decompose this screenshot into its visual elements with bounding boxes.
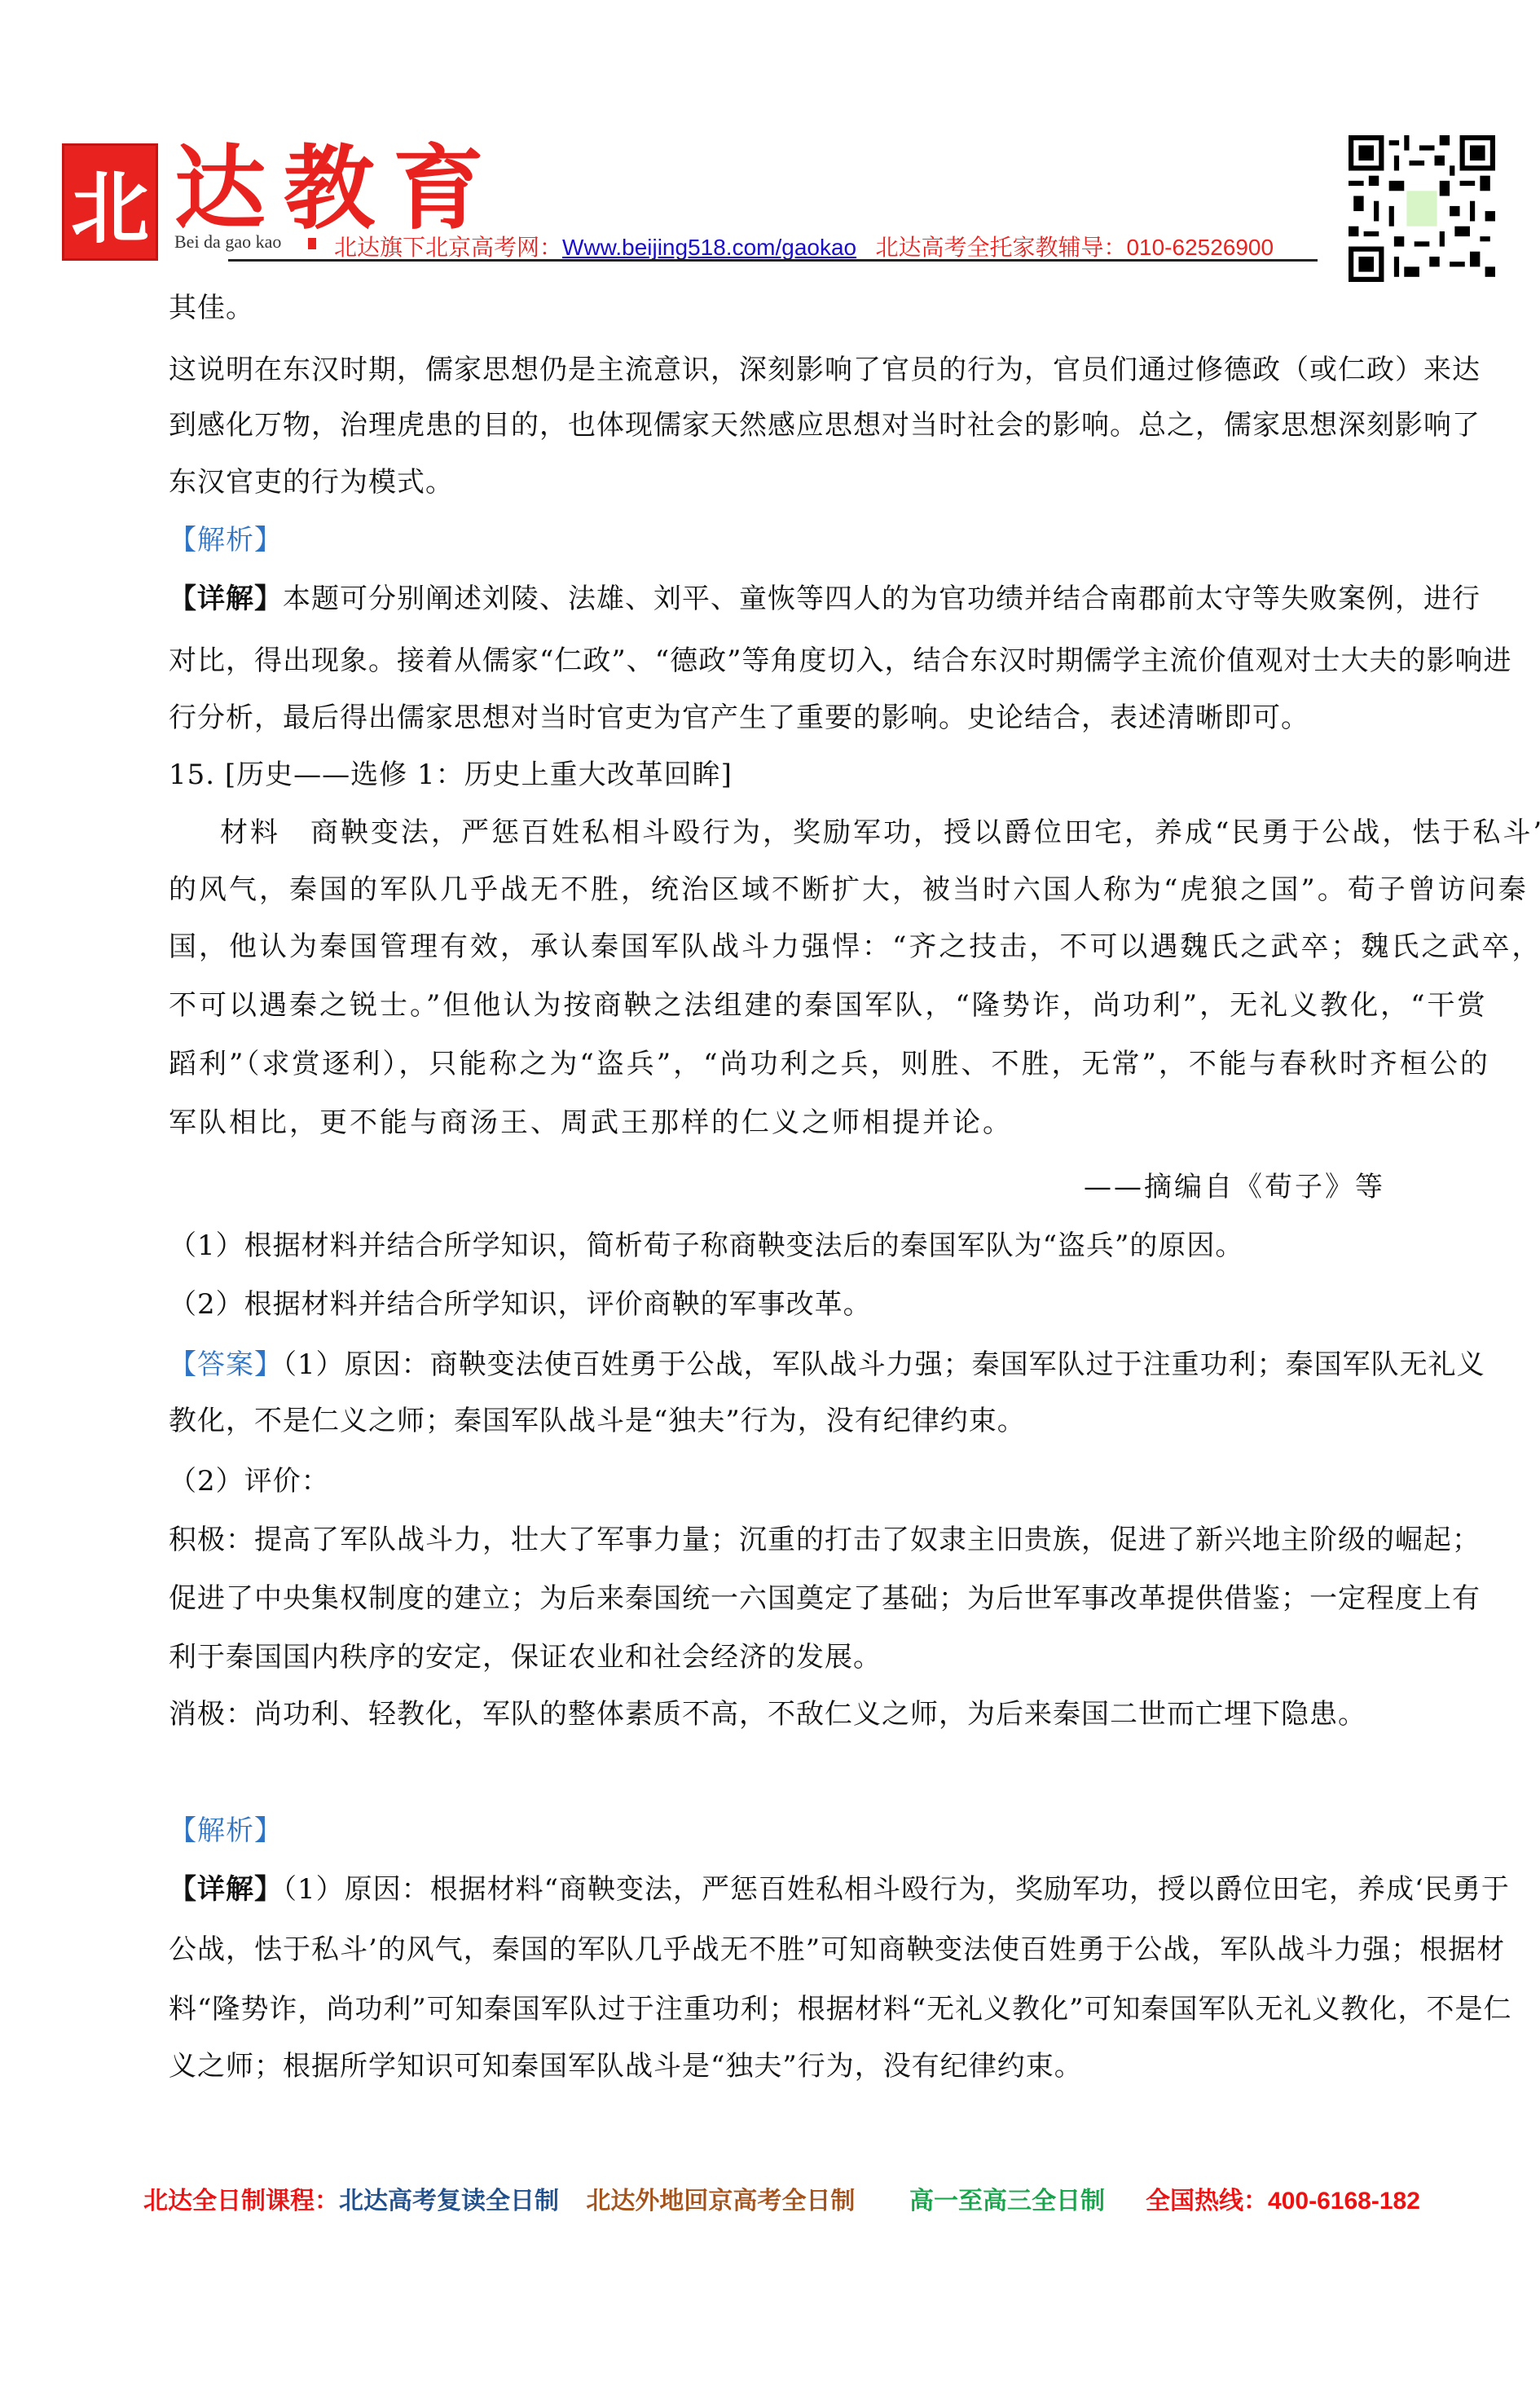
answer-line: 利于秦国国内秩序的安定，保证农业和社会经济的发展。 xyxy=(169,1641,882,1674)
detail-line: 义之师；根据所学知识可知秦国军队战斗是“独夫”行为，没有纪律约束。 xyxy=(169,2050,1083,2083)
detail-line: 行分析，最后得出儒家思想对当时官吏为官产生了重要的影响。史论结合，表述清晰即可。 xyxy=(169,702,1309,734)
question-item: （1）根据材料并结合所学知识，简析荀子称商鞅变法后的秦国军队为“盗兵”的原因。 xyxy=(169,1229,1243,1262)
answer-line: 促进了中央集权制度的建立；为后来秦国统一六国奠定了基础；为后世军事改革提供借鉴；… xyxy=(169,1582,1481,1615)
analysis-tag: 【解析】 xyxy=(169,524,283,556)
detail-line: 【详解】本题可分别阐述刘陵、法雄、刘平、童恢等四人的为官功绩并结合南郡前太守等失… xyxy=(169,583,1481,615)
body-line: 其佳。 xyxy=(169,292,254,324)
qr-code-icon xyxy=(1349,135,1495,282)
answer-line: 积极：提高了军队战斗力，壮大了军事力量；沉重的打击了奴隶主旧贵族，促进了新兴地主… xyxy=(169,1524,1481,1556)
footer-course-2: 北达外地回京高考全日制 xyxy=(586,2188,855,2215)
material-line: 国，他认为秦国管理有效，承认秦国军队战斗力强悍：“齐之技击，不可以遇魏氏之武卒；… xyxy=(169,930,1540,963)
tutoring-label: 北达高考全托家教辅导：010-62526900 xyxy=(875,235,1274,260)
site-link[interactable]: Www.beijing518.com/gaokao xyxy=(562,235,856,260)
logo-text: 达教育 xyxy=(174,143,502,235)
site-label: 北达旗下北京高考网： xyxy=(334,235,562,260)
material-line: 材料 商鞅变法，严惩百姓私相斗殴行为，奖励军功，授以爵位田宅，养成“民勇于公战，… xyxy=(220,816,1540,849)
detail-tag: 【详解】 xyxy=(169,1873,283,1906)
detail-line: 料“隆势诈，尚功利”可知秦国军队过于注重功利；根据材料“无礼义教化”可知秦国军队… xyxy=(169,1993,1512,2026)
detail-line: 【详解】（1）原因：根据材料“商鞅变法，严惩百姓私相斗殴行为，奖励军功，授以爵位… xyxy=(169,1873,1510,1906)
detail-tag: 【详解】 xyxy=(169,583,283,615)
question-item: （2）根据材料并结合所学知识，评价商鞅的军事改革。 xyxy=(169,1288,872,1321)
logo-mark: 北 xyxy=(62,143,158,261)
answer-line: 【答案】（1）原因：商鞅变法使百姓勇于公战，军队战斗力强；秦国军队过于注重功利；… xyxy=(169,1348,1485,1381)
footer-hotline: 全国热线：400-6168-182 xyxy=(1146,2188,1420,2215)
footer-course-3: 高一至高三全日制 xyxy=(909,2188,1105,2215)
footer: 北达全日制课程：北达高考复读全日制 北达外地回京高考全日制 高一至高三全日制 全… xyxy=(143,2180,1420,2216)
analysis-tag: 【解析】 xyxy=(169,1814,283,1847)
footer-course-1: 北达高考复读全日制 xyxy=(339,2188,559,2215)
header-divider xyxy=(228,259,1318,262)
material-line: 的风气，秦国的军队几乎战无不胜，统治区域不断扩大，被当时六国人称为“虎狼之国”。… xyxy=(169,873,1529,906)
answer-tag: 【答案】 xyxy=(169,1348,283,1381)
question-title: 15. [历史——选修 1：历史上重大改革回眸] xyxy=(169,759,733,791)
body-line: 到感化万物，治理虎患的目的，也体现儒家天然感应思想对当时社会的影响。总之，儒家思… xyxy=(169,409,1481,442)
body-line: 这说明在东汉时期，儒家思想仍是主流意识，深刻影响了官员的行为，官员们通过修德政（… xyxy=(169,354,1481,386)
detail-line: 对比，得出现象。接着从儒家“仁政”、“德政”等角度切入，结合东汉时期儒学主流价值… xyxy=(169,644,1512,677)
answer-line: （2）评价： xyxy=(169,1465,330,1498)
material-line: 蹈利”（求赏逐利），只能称之为“盗兵”，“尚功利之兵，则胜、不胜，无常”，不能与… xyxy=(169,1048,1490,1080)
material-source: ——摘编自《荀子》等 xyxy=(1084,1171,1385,1203)
footer-label: 北达全日制课程： xyxy=(143,2188,339,2215)
answer-line: 教化，不是仁义之师；秦国军队战斗是“独夫”行为，没有纪律约束。 xyxy=(169,1405,1026,1437)
material-line: 军队相比，更不能与商汤王、周武王那样的仁义之师相提并论。 xyxy=(169,1106,1013,1139)
answer-line: 消极：尚功利、轻教化，军队的整体素质不高，不敌仁义之师，为后来秦国二世而亡埋下隐… xyxy=(169,1698,1366,1731)
body-line: 东汉官吏的行为模式。 xyxy=(169,466,454,499)
logo-pinyin: Bei da gao kao xyxy=(174,231,281,253)
detail-line: 公战，怯于私斗’的风气，秦国的军队几乎战无不胜”可知商鞅变法使百姓勇于公战，军队… xyxy=(169,1933,1505,1966)
bullet-square-icon xyxy=(308,238,316,249)
header-contact: 北达旗下北京高考网：Www.beijing518.com/gaokao 北达高考… xyxy=(334,230,1274,262)
material-line: 不可以遇秦之锐士。”但他认为按商鞅之法组建的秦国军队，“隆势诈，尚功利”，无礼义… xyxy=(169,989,1488,1022)
